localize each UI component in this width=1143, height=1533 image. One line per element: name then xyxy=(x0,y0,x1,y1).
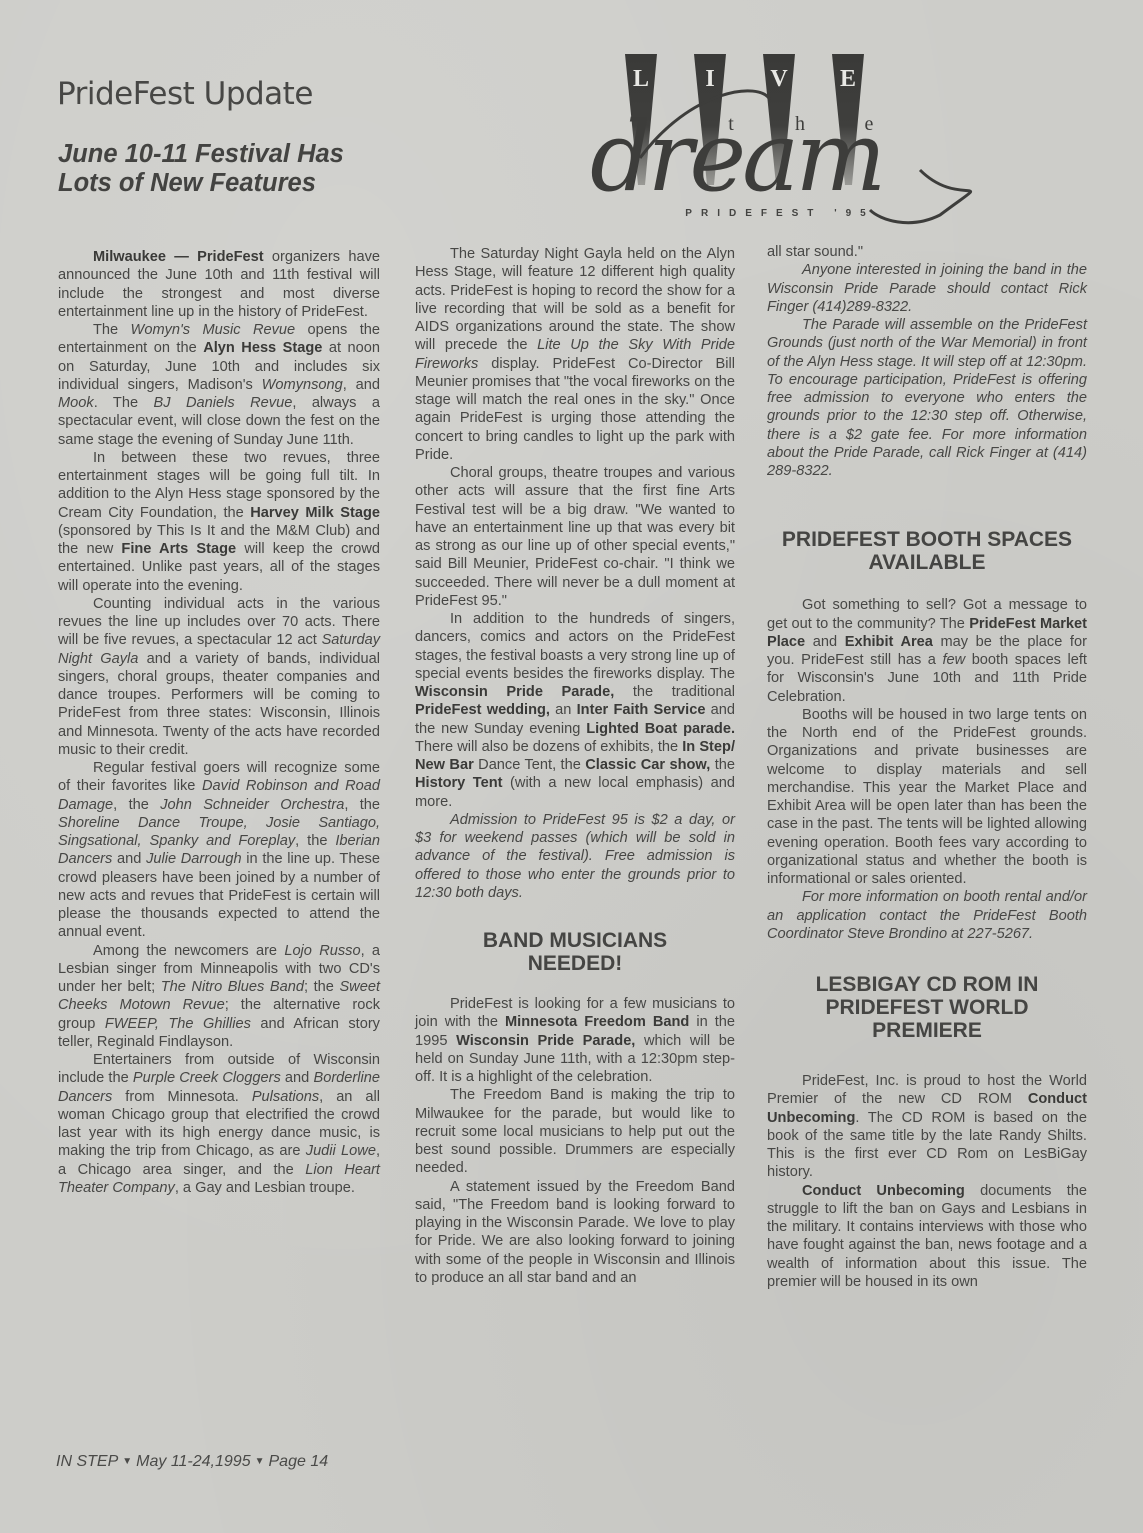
logo-letter-i: I xyxy=(705,66,714,92)
text: , a Gay and Lesbian troupe. xyxy=(175,1180,355,1196)
text: the traditional xyxy=(614,684,735,700)
page-number: Page 14 xyxy=(269,1453,329,1470)
paragraph: PrideFest, Inc. is proud to host the Wor… xyxy=(767,1072,1087,1182)
text: Womyn's Music Revue xyxy=(131,322,296,338)
text: In addition to the hundreds of singers, … xyxy=(415,611,735,682)
text: Julie Darrough xyxy=(146,851,242,867)
booth-spaces-heading: PRIDEFEST BOOTH SPACES AVAILABLE xyxy=(777,528,1077,574)
triangle-down-icon: ▼ xyxy=(255,1456,265,1467)
paragraph: Among the newcomers are Lojo Russo, a Le… xyxy=(58,942,380,1052)
text: Judii Lowe xyxy=(306,1143,376,1159)
paragraph: Entertainers from outside of Wisconsin i… xyxy=(58,1051,380,1197)
paragraph: Milwaukee — PrideFest organizers have an… xyxy=(58,248,380,321)
text: ; the xyxy=(304,979,339,995)
logo-script-dream: dream xyxy=(590,101,882,213)
logo-letter-e: E xyxy=(840,66,856,92)
text: an xyxy=(550,702,577,718)
text: There will also be dozens of exhibits, t… xyxy=(415,739,682,755)
logo-letter-v: V xyxy=(770,66,788,92)
text: , the xyxy=(113,797,160,813)
text: Wisconsin Pride Parade, xyxy=(415,684,614,700)
text: Lighted Boat parade. xyxy=(586,721,735,737)
live-the-dream-logo: L I V E t h e dream PRIDEFEST '95 xyxy=(580,50,1000,230)
text: few xyxy=(942,652,965,668)
text: Inter Faith Service xyxy=(577,702,706,718)
text: Wisconsin Pride Parade, xyxy=(456,1033,635,1049)
text: the xyxy=(710,757,735,773)
text: and xyxy=(112,851,146,867)
text: The Nitro Blues Band xyxy=(161,979,304,995)
paragraph: In between these two revues, three enter… xyxy=(58,449,380,595)
text: Among the newcomers are xyxy=(93,943,284,959)
text: from Minnesota. xyxy=(112,1089,251,1105)
paragraph: Regular festival goers will recognize so… xyxy=(58,759,380,942)
logo-subtitle: PRIDEFEST '95 xyxy=(685,208,874,219)
text: and xyxy=(281,1070,314,1086)
text: Fine Arts Stage xyxy=(121,541,236,557)
paragraph: PrideFest is looking for a few musicians… xyxy=(415,995,735,1086)
paragraph: Booths will be housed in two large tents… xyxy=(767,706,1087,889)
text: Classic Car show, xyxy=(585,757,710,773)
booth-contact-paragraph: For more information on booth rental and… xyxy=(767,888,1087,943)
text: Conduct Unbecoming xyxy=(802,1183,965,1199)
admission-paragraph: Admission to PrideFest 95 is $2 a day, o… xyxy=(415,811,735,902)
text: , the xyxy=(295,833,335,849)
paragraph: The Saturday Night Gayla held on the Aly… xyxy=(415,245,735,464)
text: Purple Creek Cloggers xyxy=(133,1070,281,1086)
dateline: Milwaukee — PrideFest xyxy=(93,249,264,265)
text: John Schneider Orchestra xyxy=(160,797,344,813)
newspaper-page: PrideFest Update June 10-11 Festival Has… xyxy=(0,0,1143,1533)
band-musicians-heading: BAND MUSICIANS NEEDED! xyxy=(435,929,715,975)
text: FWEEP, The Ghillies xyxy=(105,1016,251,1032)
text: Mook xyxy=(58,395,94,411)
triangle-down-icon: ▼ xyxy=(122,1456,132,1467)
text: Lojo Russo xyxy=(284,943,360,959)
text: The xyxy=(93,322,131,338)
section-title: PrideFest Update xyxy=(57,76,313,112)
article-headline: June 10-11 Festival Has Lots of New Feat… xyxy=(58,140,378,198)
text: Womynsong xyxy=(262,377,343,393)
column-1: Milwaukee — PrideFest organizers have an… xyxy=(58,248,380,1197)
paragraph: Got something to sell? Got a message to … xyxy=(767,596,1087,706)
paragraph: all star sound." xyxy=(767,243,1087,261)
text: BJ Daniels Revue xyxy=(154,395,293,411)
text: Pulsations xyxy=(252,1089,319,1105)
paragraph: Counting individual acts in the various … xyxy=(58,595,380,759)
paragraph: A statement issued by the Freedom Band s… xyxy=(415,1178,735,1288)
text: Exhibit Area xyxy=(845,634,933,650)
paragraph: Conduct Unbecoming documents the struggl… xyxy=(767,1182,1087,1292)
text: Harvey Milk Stage xyxy=(250,505,380,521)
text: , the xyxy=(344,797,380,813)
column-3: all star sound." Anyone interested in jo… xyxy=(767,243,1087,1291)
paragraph: In addition to the hundreds of singers, … xyxy=(415,610,735,811)
issue-date: May 11-24,1995 xyxy=(136,1453,250,1470)
text: PrideFest wedding, xyxy=(415,702,550,718)
text: History Tent xyxy=(415,775,503,791)
paragraph: The Womyn's Music Revue opens the entert… xyxy=(58,321,380,449)
text: Minnesota Freedom Band xyxy=(505,1014,689,1030)
paragraph: The Freedom Band is making the trip to M… xyxy=(415,1086,735,1177)
logo-letter-l: L xyxy=(633,66,649,92)
text: and xyxy=(805,634,845,650)
publication-name: IN STEP xyxy=(56,1453,118,1470)
text: Alyn Hess Stage xyxy=(203,340,322,356)
column-2: The Saturday Night Gayla held on the Aly… xyxy=(415,245,735,1287)
page-footer: IN STEP▼May 11-24,1995▼Page 14 xyxy=(56,1453,328,1471)
paragraph: Choral groups, theatre troupes and vario… xyxy=(415,464,735,610)
text: . The xyxy=(94,395,154,411)
contact-paragraph: Anyone interested in joining the band in… xyxy=(767,261,1087,316)
parade-paragraph: The Parade will assemble on the PrideFes… xyxy=(767,316,1087,480)
cd-rom-heading: LESBIGAY CD ROM IN PRIDEFEST WORLD PREMI… xyxy=(777,973,1077,1042)
text: Dance Tent, the xyxy=(474,757,585,773)
text: , and xyxy=(343,377,380,393)
